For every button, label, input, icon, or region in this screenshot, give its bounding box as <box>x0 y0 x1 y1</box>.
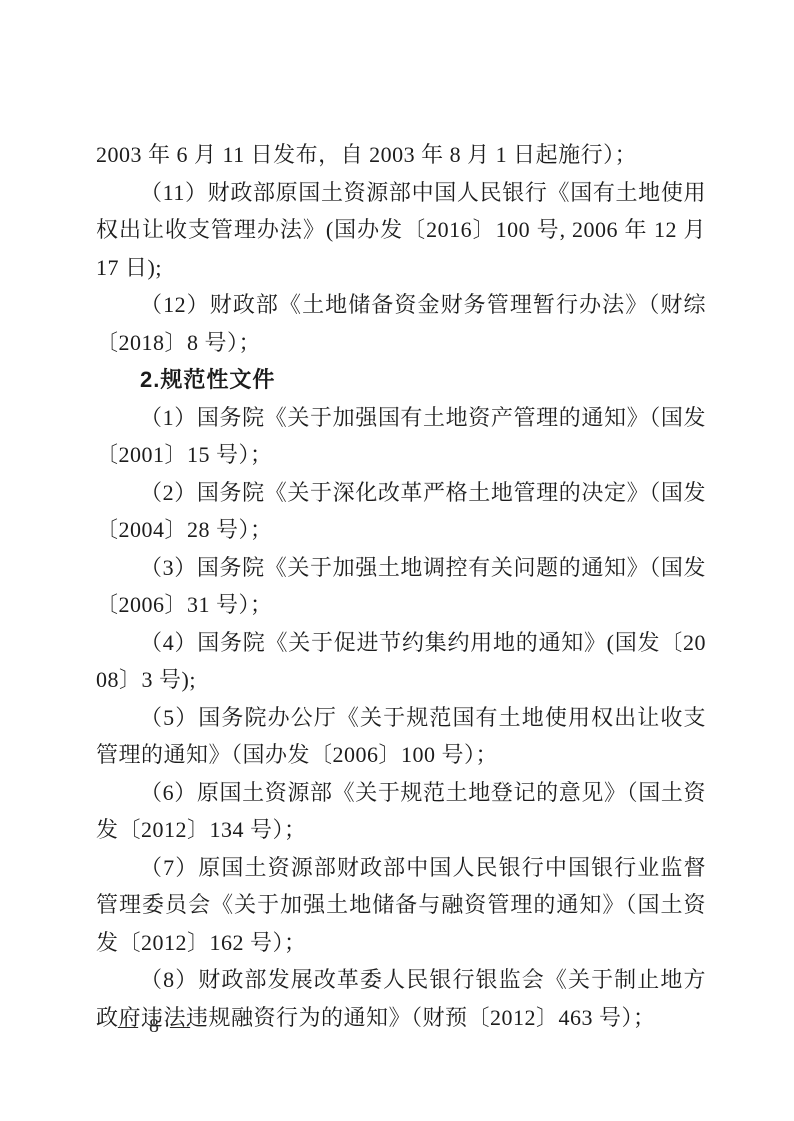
paragraph: （3）国务院《关于加强土地调控有关问题的通知》（国发〔2006〕31 号）； <box>96 549 706 624</box>
paragraph: （7）原国土资源部财政部中国人民银行中国银行业监督管理委员会《关于加强土地储备与… <box>96 849 706 962</box>
document-body: 2003 年 6 月 11 日发布，自 2003 年 8 月 1 日起施行）；（… <box>96 136 706 1036</box>
paragraph: （4）国务院《关于促进节约集约用地的通知》(国发〔2008〕3 号); <box>96 624 706 699</box>
paragraph: （5）国务院办公厅《关于规范国有土地使用权出让收支管理的通知》（国办发〔2006… <box>96 699 706 774</box>
paragraph: （12）财政部《土地储备资金财务管理暂行办法》（财综〔2018〕8 号）； <box>96 286 706 361</box>
document-page: 2003 年 6 月 11 日发布，自 2003 年 8 月 1 日起施行）；（… <box>0 0 794 1121</box>
page-number: — 8 — <box>118 1012 193 1040</box>
paragraph: （1）国务院《关于加强国有土地资产管理的通知》（国发〔2001〕15 号）； <box>96 399 706 474</box>
paragraph: （11）财政部原国土资源部中国人民银行《国有土地使用权出让收支管理办法》(国办发… <box>96 174 706 287</box>
paragraph: （2）国务院《关于深化改革严格土地管理的决定》（国发〔2004〕28 号）； <box>96 474 706 549</box>
section-heading: 2.规范性文件 <box>96 361 706 399</box>
paragraph: （6）原国土资源部《关于规范土地登记的意见》（国土资发〔2012〕134 号）； <box>96 774 706 849</box>
paragraph: 2003 年 6 月 11 日发布，自 2003 年 8 月 1 日起施行）； <box>96 136 706 174</box>
